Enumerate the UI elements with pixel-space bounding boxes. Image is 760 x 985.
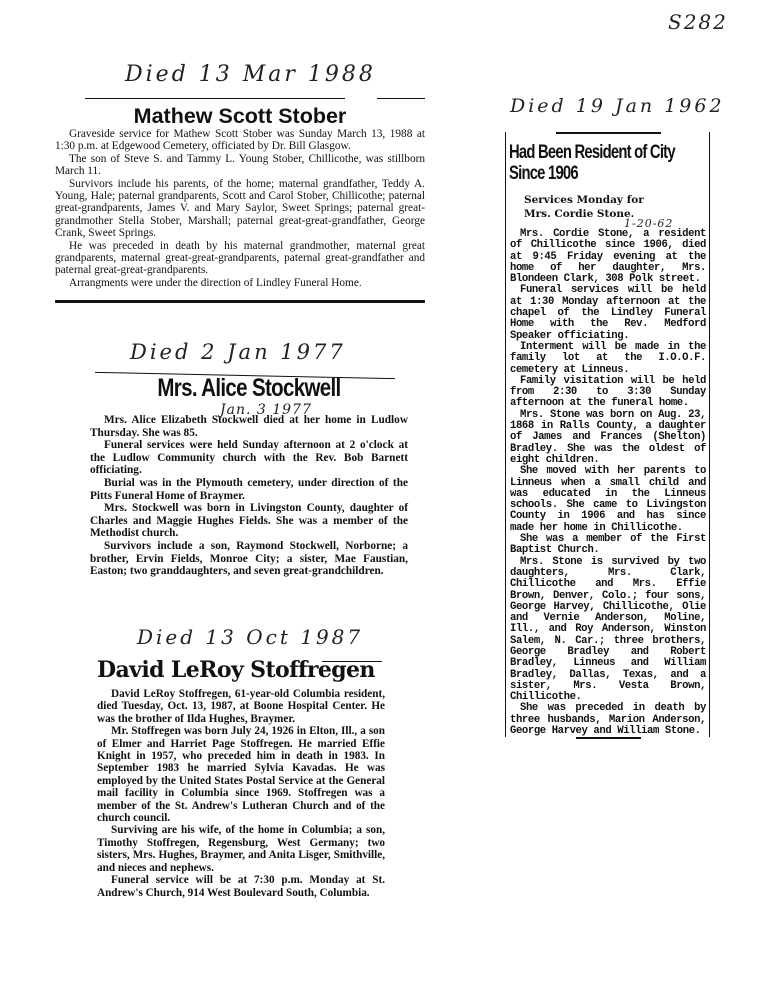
paragraph: Family visitation will be held from 2:30… [510,376,706,410]
handwritten-date: Died 19 Jan 1962 [510,95,725,117]
paragraph: Mrs. Stone was born on Aug. 23, 1868 in … [510,410,706,466]
headline: David LeRoy Stoffregen [97,657,387,683]
paragraph: Survivors include a son, Raymond Stockwe… [90,540,408,578]
paragraph: Graveside service for Mathew Scott Stobe… [55,128,425,153]
article-body: Mrs. Cordie Stone, a resident of Chillic… [510,229,706,737]
paragraph: She was preceded in death by three husba… [510,703,706,737]
paragraph: Mrs. Stockwell was born in Livingston Co… [90,502,408,540]
paragraph: Surviving are his wife, of the home in C… [97,824,385,874]
headline: Mathew Scott Stober [55,104,425,129]
paragraph: David LeRoy Stoffregen, 61-year-old Colu… [97,688,385,725]
clipping-stone: Had Been Resident of City Since 1906 Ser… [505,132,710,737]
paragraph: Funeral services were held Sunday aftern… [90,439,408,477]
paragraph: Interment will be made in the family lot… [510,342,706,376]
headline: Had Been Resident of City Since 1906 [509,142,696,184]
divider [556,132,661,134]
handwritten-date: Died 13 Mar 1988 [125,62,376,87]
paragraph: Mrs. Cordie Stone, a resident of Chillic… [510,229,706,285]
paragraph: She moved with her parents to Linneus wh… [510,466,706,534]
paragraph: Mr. Stoffregen was born July 24, 1926 in… [97,725,385,824]
headline: Mrs. Alice Stockwell [119,374,380,403]
divider [85,98,345,99]
paragraph: Mrs. Stone is survived by two daughters,… [510,557,706,704]
divider [377,98,425,99]
divider [576,737,641,739]
paragraph: Arrangments were under the direction of … [55,277,425,289]
article-body: Graveside service for Mathew Scott Stobe… [55,128,425,289]
handwritten-date: Died 13 Oct 1987 [137,625,363,649]
paragraph: The son of Steve S. and Tammy L. Young S… [55,153,425,178]
paragraph: Funeral service will be at 7:30 p.m. Mon… [97,874,385,899]
article-body: Mrs. Alice Elizabeth Stockwell died at h… [90,414,408,578]
divider [55,300,425,303]
paragraph: She was a member of the First Baptist Ch… [510,534,706,557]
paragraph: Mrs. Alice Elizabeth Stockwell died at h… [90,414,408,439]
page-number: S282 [668,10,728,34]
article-body: David LeRoy Stoffregen, 61-year-old Colu… [97,688,385,899]
paragraph: Burial was in the Plymouth cemetery, und… [90,477,408,502]
paragraph: Funeral services will be held at 1:30 Mo… [510,285,706,341]
paragraph: He was preceded in death by his maternal… [55,240,425,277]
paragraph: Survivors include his parents, of the ho… [55,178,425,240]
handwritten-date: Died 2 Jan 1977 [130,340,346,364]
